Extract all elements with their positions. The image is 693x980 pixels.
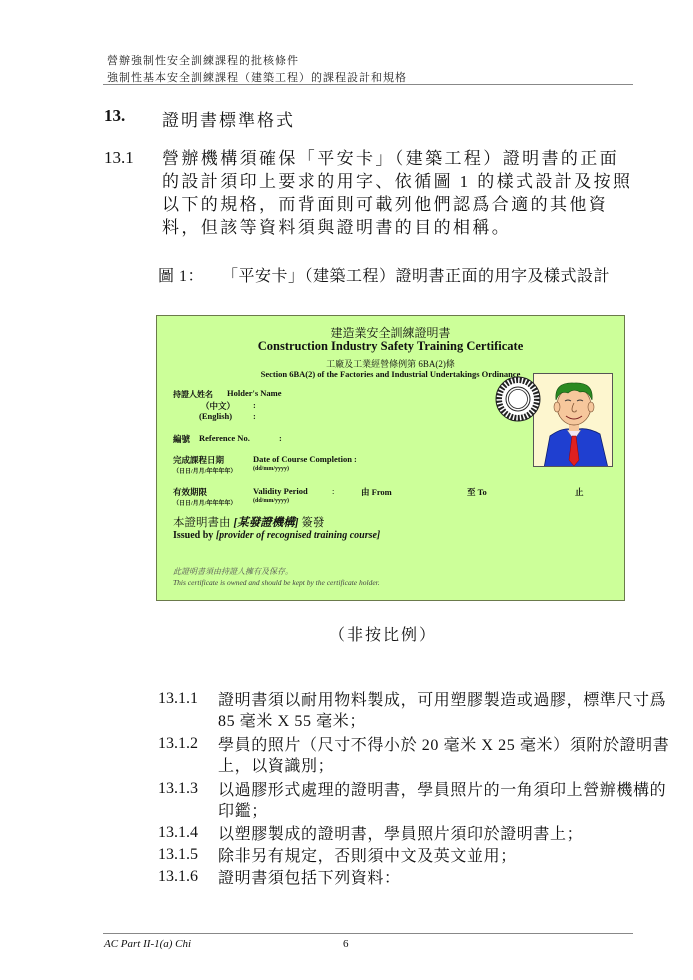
- item-number: 13.1.4: [158, 824, 198, 842]
- english-name-label: (English): [199, 411, 232, 421]
- issued-by-zh: 本證明書由 [某發證機構] 簽發: [173, 514, 324, 530]
- item-text: 證明書須包括下列資料：: [218, 868, 673, 889]
- reference-label-zh: 編號: [173, 433, 190, 445]
- person-cartoon-icon: [534, 374, 613, 467]
- item-text: 學員的照片（尺寸不得小於 20 毫米 X 25 毫米）須附於證明書上，以資識別；: [218, 735, 673, 777]
- section-title: 證明書標準格式: [162, 106, 295, 131]
- issued-by-en-prefix: Issued by: [173, 530, 213, 541]
- validity-date-format-zh: （日日/月月/年年年年）: [173, 498, 236, 507]
- item-text: 證明書須以耐用物料製成，可用塑膠製造或過膠，標準尺寸爲 85 毫米 X 55 毫…: [218, 690, 673, 732]
- issued-by-zh-provider: [某發證機構]: [233, 517, 298, 529]
- validity-end-label: 止: [575, 486, 584, 498]
- header-rule: [103, 84, 633, 85]
- figure-label: 圖 1：: [158, 263, 204, 286]
- issued-by-en-provider: [provider of recognised training course]: [216, 530, 380, 541]
- certificate-title-en: Construction Industry Safety Training Ce…: [157, 339, 624, 354]
- validity-label-zh: 有效期限: [173, 486, 207, 498]
- holder-photo: [533, 373, 613, 467]
- completion-date-format-en: (dd/mm/yyyy): [253, 466, 289, 472]
- item-number: 13.1.2: [158, 735, 198, 753]
- reference-colon: :: [279, 433, 282, 443]
- validity-from-label: 由 From: [361, 486, 392, 498]
- validity-date-format-en: (dd/mm/yyyy): [253, 498, 289, 504]
- item-text: 除非另有規定，否則須中文及英文並用；: [218, 846, 673, 867]
- footer-document-reference: AC Part II-1(a) Chi: [104, 938, 191, 950]
- chinese-name-colon: :: [253, 400, 256, 410]
- completion-label-zh: 完成課程日期: [173, 454, 224, 466]
- issued-by-zh-prefix: 本證明書由: [173, 517, 231, 529]
- company-chop-stamp: [495, 376, 541, 422]
- validity-colon: :: [332, 486, 334, 496]
- issued-by-zh-suffix: 簽發: [301, 517, 324, 529]
- ownership-note-zh: 此證明書須由持證人擁有及保存。: [173, 566, 293, 577]
- stamp-seal-icon: [495, 376, 541, 422]
- validity-to-label: 至 To: [467, 486, 487, 498]
- holder-label-en: Holder's Name: [227, 388, 282, 398]
- item-text: 以塑膠製成的證明書，學員照片須印於證明書上；: [218, 824, 673, 845]
- reference-label-en: Reference No.: [199, 433, 250, 443]
- item-number: 13.1.5: [158, 846, 198, 864]
- footer-rule: [103, 933, 633, 934]
- english-name-colon: :: [253, 411, 256, 421]
- page-number: 6: [343, 938, 349, 950]
- running-header-line-2: 強制性基本安全訓練課程（建築工程）的課程設計和規格: [107, 69, 407, 85]
- item-number: 13.1.3: [158, 780, 198, 798]
- item-number: 13.1.6: [158, 868, 198, 886]
- scale-note: （非按比例）: [329, 622, 437, 645]
- completion-date-format-zh: （日日/月月/年年年年）: [173, 466, 236, 475]
- section-number: 13.: [104, 106, 125, 126]
- issued-by-en: Issued by [provider of recognised traini…: [173, 530, 380, 541]
- holder-label-zh: 持證人姓名: [173, 389, 213, 400]
- ownership-note-en: This certificate is owned and should be …: [173, 578, 380, 587]
- figure-caption: 「平安卡」（建築工程）證明書正面的用字及樣式設計: [222, 263, 610, 286]
- item-number: 13.1.1: [158, 690, 198, 708]
- item-text: 以過膠形式處理的證明書，學員照片的一角須印上營辦機構的印鑑；: [218, 780, 673, 822]
- running-header-line-1: 營辦強制性安全訓練課程的批核條件: [107, 52, 299, 68]
- paragraph-text: 營辦機構須確保「平安卡」（建築工程）證明書的正面的設計須印上要求的用字、依循圖 …: [162, 147, 637, 239]
- certificate-card: 建造業安全訓練證明書 Construction Industry Safety …: [156, 315, 625, 601]
- paragraph-number: 13.1: [104, 148, 134, 168]
- validity-label-en: Validity Period: [253, 486, 308, 496]
- completion-label-en: Date of Course Completion :: [253, 454, 357, 464]
